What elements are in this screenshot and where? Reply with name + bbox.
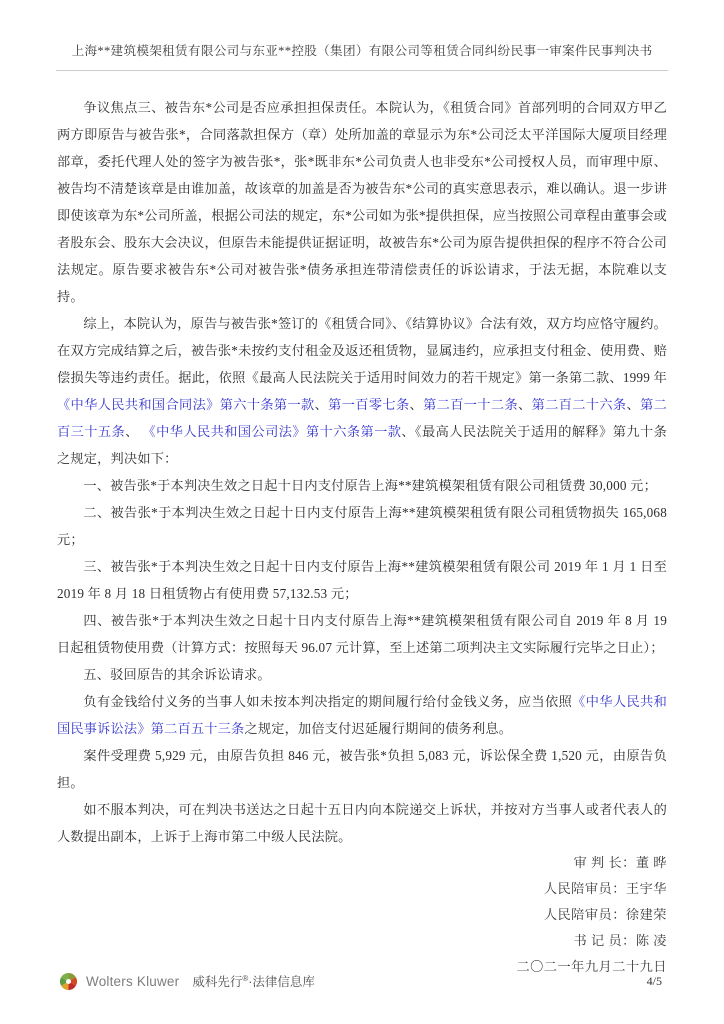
document-body: 争议焦点三、被告东*公司是否应承担担保责任。本院认为，《租赁合同》首部列明的合同… — [57, 94, 667, 850]
brand-group: Wolters Kluwer 威科先行®·法律信息库 — [60, 972, 315, 990]
paragraph: 二、被告张*于本判决生效之日起十日内支付原告上海**建筑模架租赁有限公司租赁物损… — [57, 499, 667, 553]
law-citation-link[interactable]: 第二百一十二条 — [423, 397, 518, 412]
page-number: 4/5 — [647, 974, 662, 989]
signature-block: 审 判 长：董 晔人民陪审员：王宇华人民陪审员：徐建荣书 记 员：陈 凌二〇二一… — [0, 850, 667, 980]
signature-line: 书 记 员：陈 凌 — [0, 928, 667, 954]
law-citation-link[interactable]: 第一百零七条 — [328, 397, 409, 412]
paragraph: 一、被告张*于本判决生效之日起十日内支付原告上海**建筑模架租赁有限公司租赁费 … — [57, 472, 667, 499]
paragraph-text: 之规定，加倍支付迟延履行期间的债务利息。 — [244, 721, 512, 736]
paragraph-text: 争议焦点三、被告东*公司是否应承担担保责任。本院认为，《租赁合同》首部列明的合同… — [57, 100, 667, 304]
paragraph-text: 、 — [410, 397, 424, 412]
paragraph: 如不服本判决，可在判决书送达之日起十五日内向本院递交上诉状，并按对方当事人或者代… — [57, 796, 667, 850]
paragraph: 四、被告张*于本判决生效之日起十日内支付原告上海**建筑模架租赁有限公司自 20… — [57, 607, 667, 661]
paragraph-text: 案件受理费 5,929 元，由原告负担 846 元，被告张*负担 5,083 元… — [57, 748, 667, 790]
brand-name: Wolters Kluwer — [86, 974, 179, 989]
law-citation-link[interactable]: 第二百二十六条 — [532, 397, 627, 412]
paragraph-text: 、 — [518, 397, 532, 412]
law-citation-link[interactable]: 《中华人民共和国合同法》第六十条第一款 — [57, 397, 315, 412]
product-name-suffix: ·法律信息库 — [248, 975, 315, 989]
paragraph: 案件受理费 5,929 元，由原告负担 846 元，被告张*负担 5,083 元… — [57, 742, 667, 796]
product-name: 威科先行®·法律信息库 — [192, 972, 315, 990]
paragraph-text: 五、驳回原告的其余诉讼请求。 — [83, 667, 270, 682]
document-title: 上海**建筑模架租赁有限公司与东亚**控股（集团）有限公司等租赁合同纠纷民事一审… — [0, 0, 724, 59]
signature-line: 人民陪审员：王宇华 — [0, 876, 667, 902]
paragraph-text: 综上，本院认为，原告与被告张*签订的《租赁合同》、《结算协议》合法有效，双方均应… — [57, 316, 667, 385]
paragraph-text: 、 — [627, 397, 641, 412]
paragraph-text: 三、被告张*于本判决生效之日起十日内支付原告上海**建筑模架租赁有限公司 201… — [57, 559, 667, 601]
paragraph: 三、被告张*于本判决生效之日起十日内支付原告上海**建筑模架租赁有限公司 201… — [57, 553, 667, 607]
paragraph: 综上，本院认为，原告与被告张*签订的《租赁合同》、《结算协议》合法有效，双方均应… — [57, 310, 667, 472]
law-citation-link[interactable]: 《中华人民共和国公司法》第十六条第一款 — [142, 424, 401, 439]
paragraph: 负有金钱给付义务的当事人如未按本判决指定的期间履行给付金钱义务，应当依照《中华人… — [57, 688, 667, 742]
judgment-page: 上海**建筑模架租赁有限公司与东亚**控股（集团）有限公司等租赁合同纠纷民事一审… — [0, 0, 724, 1024]
signature-line: 人民陪审员：徐建荣 — [0, 902, 667, 928]
paragraph: 争议焦点三、被告东*公司是否应承担担保责任。本院认为，《租赁合同》首部列明的合同… — [57, 94, 667, 310]
paragraph-text: 、 — [125, 424, 142, 439]
paragraph-text: 一、被告张*于本判决生效之日起十日内支付原告上海**建筑模架租赁有限公司租赁费 … — [83, 478, 657, 493]
product-name-text: 威科先行 — [192, 975, 242, 989]
paragraph-text: 、 — [315, 397, 329, 412]
page-footer: Wolters Kluwer 威科先行®·法律信息库 4/5 — [0, 972, 724, 990]
paragraph: 五、驳回原告的其余诉讼请求。 — [57, 661, 667, 688]
signature-line: 审 判 长：董 晔 — [0, 850, 667, 876]
wolters-kluwer-logo-icon — [60, 973, 77, 990]
paragraph-text: 负有金钱给付义务的当事人如未按本判决指定的期间履行给付金钱义务，应当依照 — [83, 694, 572, 709]
paragraph-text: 如不服本判决，可在判决书送达之日起十五日内向本院递交上诉状，并按对方当事人或者代… — [57, 802, 667, 844]
paragraph-text: 二、被告张*于本判决生效之日起十日内支付原告上海**建筑模架租赁有限公司租赁物损… — [57, 505, 667, 547]
title-divider — [56, 70, 668, 71]
paragraph-text: 四、被告张*于本判决生效之日起十日内支付原告上海**建筑模架租赁有限公司自 20… — [57, 613, 667, 655]
